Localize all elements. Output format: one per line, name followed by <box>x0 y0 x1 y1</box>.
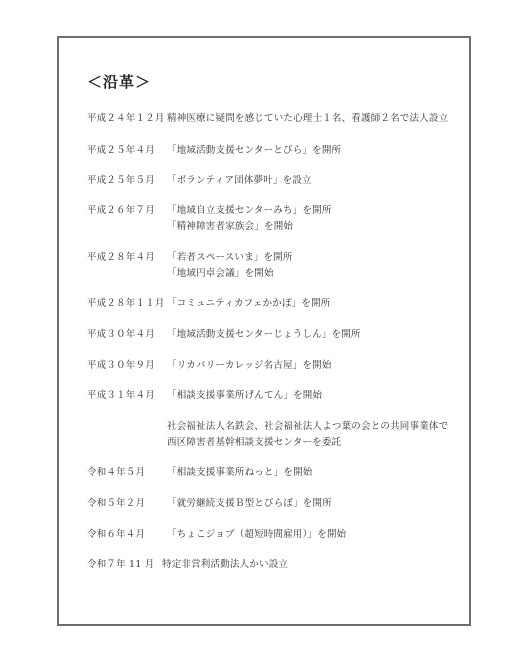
entry-description: 「地域活動支援センターじょうしん」を開所 <box>167 327 361 343</box>
entry-date: 平成２５年５月 <box>87 173 155 189</box>
entry-date: 平成２６年７月 <box>87 203 155 219</box>
entry-line: 精神医療に疑問を感じていた心理士１名、看護師２名で法人設立 <box>167 111 448 127</box>
entry-description: 社会福祉法人名鉄会、社会福祉法人よつ葉の会との共同事業体で 西区障害者基幹相談支… <box>167 419 448 451</box>
entry-date: 平成２４年１２月 <box>87 111 165 127</box>
entry-line: 「ちょこジョブ（超短時間雇用）」を開始 <box>167 527 346 543</box>
entry-description: 「地域活動支援センターとびら」を開所 <box>167 143 341 159</box>
entry-description: 「地域自立支援センターみち」を開所 「精神障害者家族会」を開始 <box>167 203 332 235</box>
entry-date: 平成２８年４月 <box>87 250 155 266</box>
entry-line: 「地域活動支援センターじょうしん」を開所 <box>167 327 361 343</box>
document-heading: ＜沿革＞ <box>87 71 151 92</box>
entry-date: 令和６年４月 <box>87 527 145 543</box>
entry-date: 平成３０年４月 <box>87 327 155 343</box>
entry-description: 「就労継続支援Ｂ型とびらぼ」を開所 <box>167 496 332 512</box>
entry-line: 「地域自立支援センターみち」を開所 <box>167 203 332 219</box>
entry-line: 「就労継続支援Ｂ型とびらぼ」を開所 <box>167 496 332 512</box>
entry-line: 西区障害者基幹相談支援センターを委託 <box>167 435 448 451</box>
entry-line: 「リカバリーカレッジ名古屋」を開始 <box>167 358 332 374</box>
entry-date: 平成２５年４月 <box>87 143 155 159</box>
entry-description: 精神医療に疑問を感じていた心理士１名、看護師２名で法人設立 <box>167 111 448 127</box>
entry-line: 「精神障害者家族会」を開始 <box>167 219 332 235</box>
entry-line: 「相談支援事業所げんてん」を開始 <box>167 388 322 404</box>
entry-date: 令和７年 11 月 <box>87 557 154 573</box>
entry-description: 「相談支援事業所げんてん」を開始 <box>167 388 322 404</box>
entry-line: 「相談支援事業所ねっと」を開始 <box>167 465 313 481</box>
entry-line: 「コミュニティカフェかかぽ」を開所 <box>167 296 330 312</box>
entry-line: 「若者スペースいま」を開所 <box>167 250 293 266</box>
entry-description: 「ちょこジョブ（超短時間雇用）」を開始 <box>167 527 346 543</box>
entry-date: 平成３１年４月 <box>87 388 155 404</box>
entry-description: 「コミュニティカフェかかぽ」を開所 <box>167 296 330 312</box>
entry-line: 「ボランティア団体夢叶」を設立 <box>167 173 312 189</box>
entry-line: 「地域活動支援センターとびら」を開所 <box>167 143 341 159</box>
entry-line: 「地域円卓会議」を開始 <box>167 266 293 282</box>
entry-description: 「若者スペースいま」を開所 「地域円卓会議」を開始 <box>167 250 293 282</box>
entry-description: 「ボランティア団体夢叶」を設立 <box>167 173 312 189</box>
entry-line: 特定非営利活動法人かい設立 <box>162 557 288 573</box>
entry-description: 「相談支援事業所ねっと」を開始 <box>167 465 313 481</box>
entry-description: 「リカバリーカレッジ名古屋」を開始 <box>167 358 332 374</box>
entry-description: 特定非営利活動法人かい設立 <box>162 557 288 573</box>
entry-date: 令和５年２月 <box>87 496 145 512</box>
entry-date: 平成２８年１１月 <box>87 296 165 312</box>
entry-line: 社会福祉法人名鉄会、社会福祉法人よつ葉の会との共同事業体で <box>167 419 448 435</box>
entry-date: 令和４年５月 <box>87 465 145 481</box>
entry-date: 平成３０年９月 <box>87 358 155 374</box>
